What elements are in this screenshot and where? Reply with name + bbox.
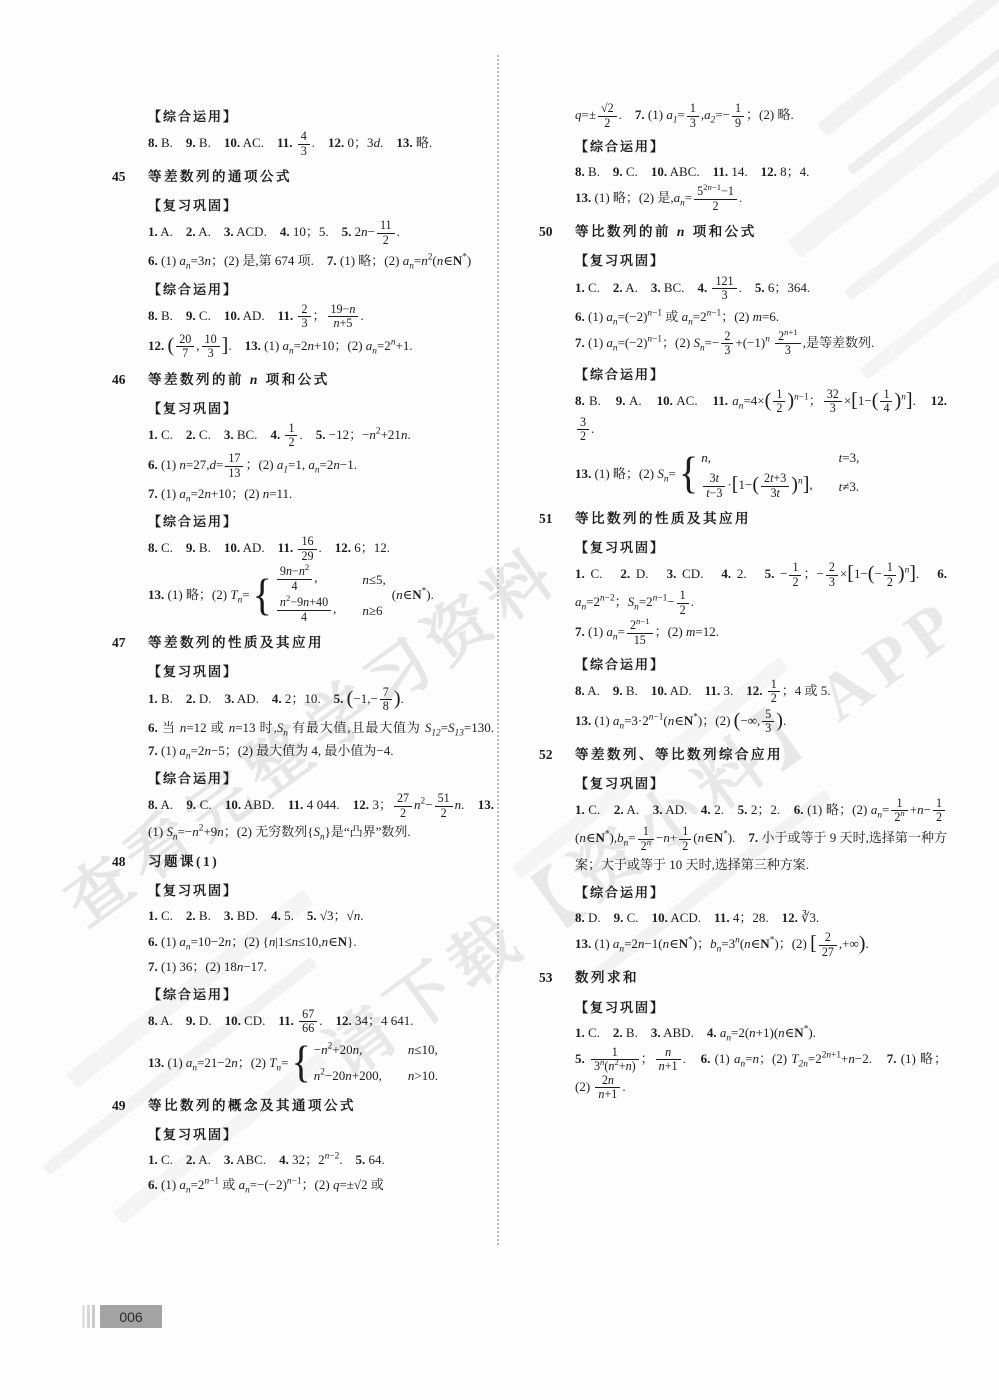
answer-line: 5. 13n(n2+n)；nn+1. 6. (1) an=n；(2) T2n=2…	[575, 1046, 947, 1102]
column-divider	[497, 55, 499, 1245]
subsection-header: 【综合运用】	[148, 767, 494, 790]
subsection-header: 【综合运用】	[575, 881, 947, 904]
section-title: 数列求和	[575, 970, 639, 985]
subsection-header: 【复习巩固】	[148, 194, 494, 217]
answer-line: 1. C. 2. D. 3. CD. 4. 2. 5. −12；−23×[1−(…	[575, 561, 947, 617]
answer-line: 8. B. 9. B. 10. AC. 11. 43. 12. 0；3d. 13…	[148, 130, 494, 158]
section-number: 45	[112, 165, 126, 189]
section-number: 50	[539, 220, 553, 244]
section-heading: 50等比数列的前 n 项和公式	[575, 220, 947, 244]
subsection-header: 【复习巩固】	[148, 879, 494, 902]
answer-line: 12. (207,103]. 13. (1) an=2n+10；(2) an=2…	[148, 333, 494, 361]
section-title: 等比数列的前 n 项和公式	[575, 224, 757, 239]
section-heading: 45等差数列的通项公式	[148, 165, 494, 189]
section-heading: 52等差数列、等比数列综合应用	[575, 743, 947, 767]
answer-line: 13. (1) an=21−2n；(2) Tn={−n2+20n,n≤10,n2…	[148, 1038, 494, 1087]
answer-line: 1. C. 2. C. 3. BC. 4. 12. 5. −12；−n2+21n…	[148, 422, 494, 450]
subsection-header: 【综合运用】	[575, 363, 947, 386]
answer-line: 7. (1) an=(−2)n−1；(2) Sn=−23+(−1)n 2n+13…	[575, 330, 947, 358]
subsection-header: 【复习巩固】	[575, 249, 947, 272]
subsection-header: 【复习巩固】	[575, 996, 947, 1019]
section-heading: 49等比数列的概念及其通项公式	[148, 1094, 494, 1118]
section-title: 习题课(1)	[148, 854, 219, 869]
subsection-header: 【综合运用】	[148, 105, 494, 128]
subsection-header: 【复习巩固】	[575, 772, 947, 795]
answer-line: 8. C. 9. B. 10. AD. 11. 1629. 12. 6；12.	[148, 535, 494, 563]
section-number: 48	[112, 850, 126, 874]
answer-line: 13. (1) an=2n−1(n∈N*)；bn=3n(n∈N*)；(2) [2…	[575, 931, 947, 959]
cases-condition: t=3,	[839, 446, 860, 469]
answer-line: 13. (1) 略；(2) Tn={9n−n24,n≤5,n2−9n+404,n…	[148, 565, 494, 624]
cases-expression: 3tt−3·[1−(2t+33t)n],	[701, 472, 812, 500]
section-title: 等差数列的性质及其应用	[148, 635, 324, 650]
cases-brace-icon: {	[679, 454, 698, 492]
answer-line: 7. (1) 36；(2) 18n−17.	[148, 955, 494, 978]
answer-line: 8. A. 9. B. 10. AD. 11. 3. 12. 12；4 或 5.	[575, 678, 947, 706]
cases-condition: n≤10,	[408, 1038, 438, 1061]
cases-condition: n>10.	[408, 1064, 438, 1087]
answer-line: 1. C. 2. A. 3. ABC. 4. 32；2n−2. 5. 64.	[148, 1148, 494, 1171]
section-title: 等差数列的前 n 项和公式	[148, 372, 330, 387]
binding-mark	[92, 1305, 95, 1328]
section-title: 等差数列的通项公式	[148, 169, 292, 184]
section-number: 51	[539, 507, 553, 531]
cases-expression: −n2+20n,	[314, 1038, 382, 1061]
answer-line: 6. (1) an=10−2n；(2) {n|1≤n≤10,n∈N}.	[148, 930, 494, 953]
section-heading: 46等差数列的前 n 项和公式	[148, 368, 494, 392]
section-number: 46	[112, 368, 126, 392]
section-title: 等比数列的性质及其应用	[575, 511, 751, 526]
answer-line: 8. B. 9. C. 10. ABC. 11. 14. 12. 8；4.	[575, 160, 947, 183]
section-number: 47	[112, 631, 126, 655]
answer-line: 7. (1) an=2n+10；(2) n=11.	[148, 482, 494, 505]
page-number-badge: 006	[100, 1305, 162, 1328]
section-title: 等差数列、等比数列综合应用	[575, 747, 783, 762]
section-number: 49	[112, 1094, 126, 1118]
section-heading: 47等差数列的性质及其应用	[148, 631, 494, 655]
cases-prefix: 13. (1) 略；(2) Sn=	[575, 462, 676, 485]
cases-expression: 9n−n24,	[275, 565, 336, 593]
answer-line: 13. (1) 略；(2) 是,an=52n−1−12.	[575, 185, 947, 213]
subsection-header: 【复习巩固】	[575, 536, 947, 559]
answer-line: 1. B. 2. D. 3. AD. 4. 2；10. 5. (−1,−78).	[148, 686, 494, 714]
answer-line: 13. (1) 略；(2) Sn={n,t=3,3tt−3·[1−(2t+33t…	[575, 446, 947, 500]
answer-line: 6. (1) an=(−2)n−1 或 an=2n−1；(2) m=6.	[575, 305, 947, 328]
answer-line: q=±√22. 7. (1) a1=13,a2=−19；(2) 略.	[575, 102, 947, 130]
cases-condition: n≥6	[362, 599, 385, 622]
subsection-header: 【综合运用】	[575, 653, 947, 676]
answer-line: 1. C. 2. A. 3. BC. 4. 1213. 5. 6；364.	[575, 275, 947, 303]
answer-line: 1. A. 2. A. 3. ACD. 4. 10；5. 5. 2n−112.	[148, 219, 494, 247]
left-column: 【综合运用】8. B. 9. B. 10. AC. 11. 43. 12. 0；…	[148, 100, 494, 1199]
section-title: 等比数列的概念及其通项公式	[148, 1098, 356, 1113]
answer-line: 7. (1) an=2n−115；(2) m=12.	[575, 619, 947, 647]
answer-line: 8. A. 9. C. 10. ABD. 11. 4 044. 12. 3；27…	[148, 792, 494, 843]
section-heading: 51等比数列的性质及其应用	[575, 507, 947, 531]
answer-line: 8. B. 9. C. 10. AD. 11. 23；19−nn+5.	[148, 303, 494, 331]
subsection-header: 【综合运用】	[148, 983, 494, 1006]
binding-mark	[82, 1305, 85, 1328]
cases-condition: t≠3.	[839, 475, 860, 498]
subsection-header: 【复习巩固】	[148, 397, 494, 420]
answer-line: 8. B. 9. A. 10. AC. 11. an=4×(12)n−1；323…	[575, 388, 947, 444]
page-footer: 006	[82, 1305, 162, 1328]
cases-prefix: 13. (1) 略；(2) Tn=	[148, 583, 250, 606]
cases-brace-icon: {	[253, 576, 272, 614]
section-number: 53	[539, 966, 553, 990]
cases-expression: n2−9n+404,	[275, 596, 336, 624]
section-heading: 48习题课(1)	[148, 850, 494, 874]
answer-line: 1. C. 2. A. 3. AD. 4. 2. 5. 2；2. 6. (1) …	[575, 797, 947, 876]
answer-line: 6. (1) an=2n−1 或 an=−(−2)n−1；(2) q=±√2 或	[148, 1173, 494, 1196]
section-number: 52	[539, 743, 553, 767]
cases-prefix: 13. (1) an=21−2n；(2) Tn=	[148, 1051, 288, 1074]
cases-expression: n2−20n+200,	[314, 1064, 382, 1087]
subsection-header: 【综合运用】	[148, 510, 494, 533]
subsection-header: 【复习巩固】	[148, 660, 494, 683]
subsection-header: 【综合运用】	[148, 278, 494, 301]
answer-page: 查看完整学习资料 请下载【资小料】APP 【综合运用】8. B. 9. B. 1…	[0, 0, 999, 1400]
answer-line: 8. A. 9. D. 10. CD. 11. 6766. 12. 34；4 6…	[148, 1008, 494, 1036]
cases-expression: n,	[701, 446, 812, 469]
answer-line: 1. C. 2. B. 3. BD. 4. 5. 5. √3；√n.	[148, 904, 494, 927]
answer-line: 1. C. 2. B. 3. ABD. 4. an=2(n+1)(n∈N*).	[575, 1021, 947, 1044]
subsection-header: 【复习巩固】	[148, 1123, 494, 1146]
cases-brace-icon: {	[291, 1044, 310, 1082]
answer-line: 8. D. 9. C. 10. ACD. 11. 4；28. 12. ∛3.	[575, 906, 947, 929]
answer-line: 13. (1) an=3·2n−1(n∈N*)；(2) (−∞,53).	[575, 708, 947, 736]
answer-line: 6. 当 n=12 或 n=13 时,Sn 有最大值,且最大值为 S12=S13…	[148, 716, 494, 762]
cases-suffix: (n∈N*).	[392, 583, 434, 606]
right-column: q=±√22. 7. (1) a1=13,a2=−19；(2) 略.【综合运用】…	[575, 100, 947, 1104]
binding-mark	[87, 1305, 90, 1328]
answer-line: 6. (1) an=3n；(2) 是,第 674 项. 7. (1) 略；(2)…	[148, 249, 494, 272]
cases-condition: n≤5,	[362, 568, 385, 591]
subsection-header: 【综合运用】	[575, 135, 947, 158]
answer-line: 6. (1) n=27,d=1713；(2) a1=1, an=2n−1.	[148, 452, 494, 480]
section-heading: 53数列求和	[575, 966, 947, 990]
